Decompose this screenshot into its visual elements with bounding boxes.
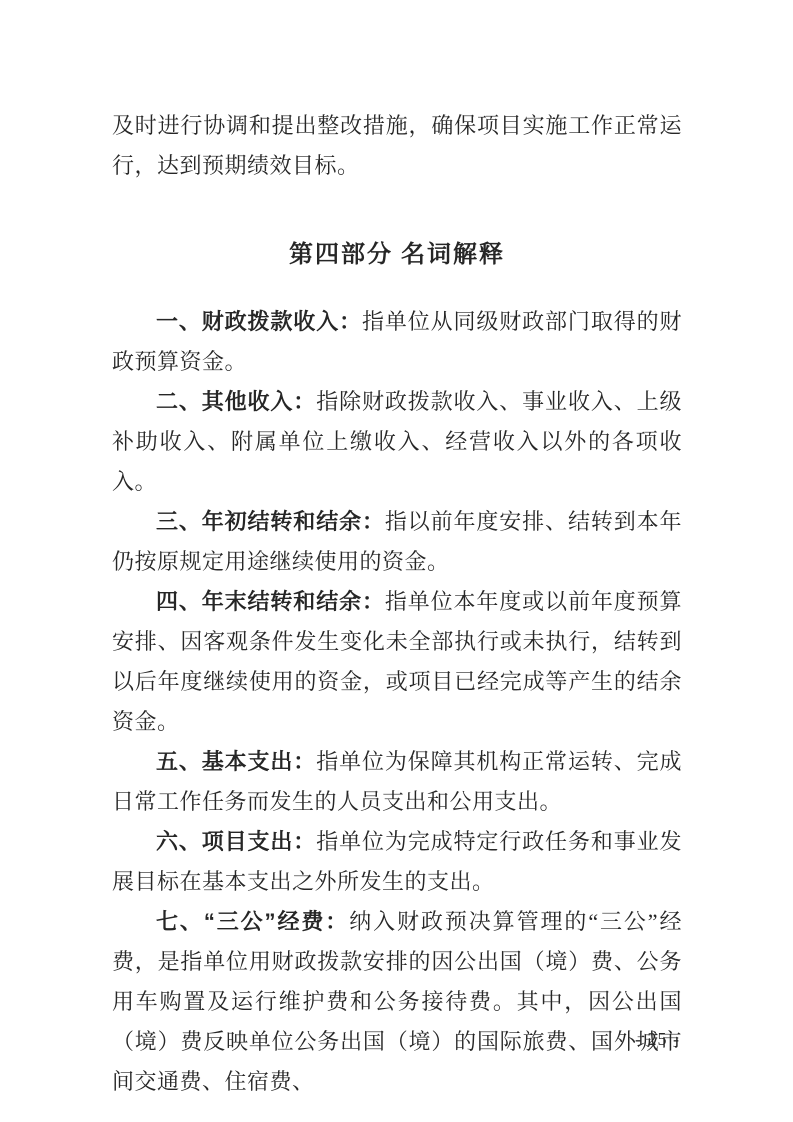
term-label: 七、“三公”经费：	[156, 909, 349, 934]
term-item-2: 二、其他收入：指除财政拨款收入、事业收入、上级补助收入、附属单位上缴收入、经营收…	[112, 382, 682, 502]
section-heading: 第四部分 名词解释	[112, 234, 682, 276]
term-label: 四、年末结转和结余：	[156, 589, 385, 614]
term-label: 六、项目支出：	[156, 829, 316, 854]
term-label: 三、年初结转和结余：	[156, 509, 385, 534]
term-label: 五、基本支出：	[156, 749, 316, 774]
page-number: - 25 -	[635, 1027, 680, 1051]
term-item-5: 五、基本支出：指单位为保障其机构正常运转、完成日常工作任务而发生的人员支出和公用…	[112, 742, 682, 822]
document-page: 及时进行协调和提出整改措施，确保项目实施工作正常运行，达到预期绩效目标。 第四部…	[0, 0, 793, 1122]
term-item-6: 六、项目支出：指单位为完成特定行政任务和事业发展目标在基本支出之外所发生的支出。	[112, 822, 682, 902]
term-definition: 纳入财政预决算管理的“三公”经费，是指单位用财政拨款安排的因公出国（境）费、公务…	[112, 909, 682, 1094]
term-label: 一、财政拨款收入：	[156, 309, 362, 334]
term-item-7: 七、“三公”经费：纳入财政预决算管理的“三公”经费，是指单位用财政拨款安排的因公…	[112, 902, 682, 1102]
term-item-1: 一、财政拨款收入：指单位从同级财政部门取得的财政预算资金。	[112, 302, 682, 382]
term-label: 二、其他收入：	[156, 389, 316, 414]
intro-paragraph: 及时进行协调和提出整改措施，确保项目实施工作正常运行，达到预期绩效目标。	[112, 106, 682, 186]
document-body: 及时进行协调和提出整改措施，确保项目实施工作正常运行，达到预期绩效目标。 第四部…	[112, 106, 682, 1102]
term-item-3: 三、年初结转和结余：指以前年度安排、结转到本年仍按原规定用途继续使用的资金。	[112, 502, 682, 582]
term-item-4: 四、年末结转和结余：指单位本年度或以前年度预算安排、因客观条件发生变化未全部执行…	[112, 582, 682, 742]
